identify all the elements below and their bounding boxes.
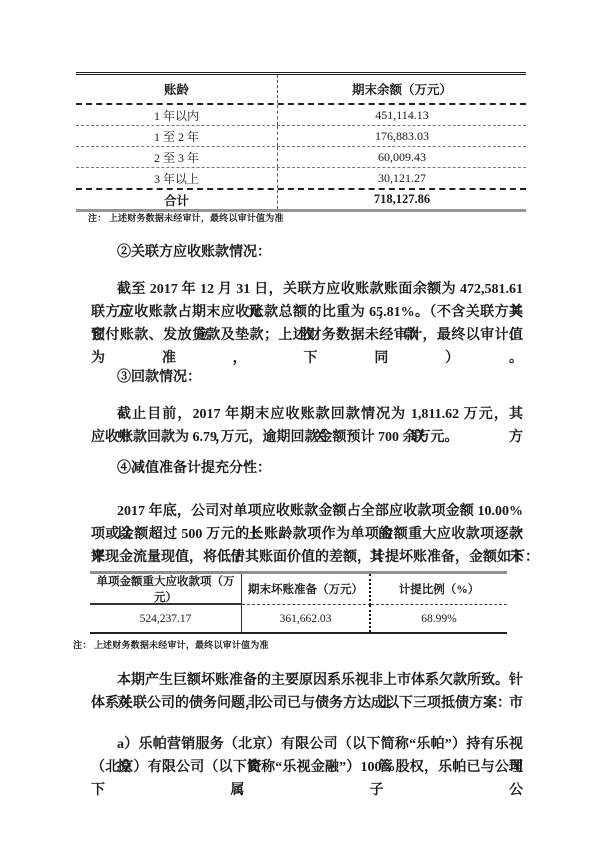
table1-footnote: 注： 上述财务数据未经审计，最终以审计值为准 (88, 211, 284, 224)
provision-table-header-row: 单项金额重大应收款项（万元） 期末坏账准备（万元） 计提比例（%） (90, 574, 507, 605)
paragraph-line: a）乐帕营销服务（北京）有限公司（以下简称“乐帕”）持有乐视投资管理 (91, 733, 523, 756)
bad-debt-header-cell: 期末坏账准备（万元） (242, 574, 371, 605)
paragraph-cause: 本期产生巨额坏账准备的主要原因系乐视非上市体系欠款所致。针对非上市 体系关联公司… (91, 669, 523, 715)
paragraph-related-receivables: 截至 2017 年 12 月 31 日，关联方应收账款账面余额为 472,581… (91, 278, 523, 347)
paragraph-line: 联方应收账款占期末应收账款总额的比重为 65.81%。（不含关联方其它应收款、 (91, 301, 523, 324)
section-heading-2: ②关联方应收账款情况： (91, 245, 523, 261)
table-row: 2 至 3 年 60,009.43 (76, 147, 526, 168)
table-row: 1 年以内 451,114.13 (76, 105, 526, 126)
balance-header-cell: 期末余额（万元） (278, 75, 526, 103)
aging-label: 2 至 3 年 (76, 147, 278, 167)
paragraph-line: 截至 2017 年 12 月 31 日，关联方应收账款账面余额为 472,581… (91, 278, 523, 301)
table-row: 1 至 2 年 176,883.03 (76, 126, 526, 147)
bad-debt-value: 361,662.03 (242, 605, 371, 632)
paragraph-line: 体系关联公司的债务问题，公司已与债务方达成以下三项抵债方案： (91, 692, 523, 715)
major-receivable-header-cell: 单项金额重大应收款项（万元） (90, 574, 242, 605)
aging-label: 3 年以上 (76, 168, 278, 188)
paragraph-line: 项或金额超过 500 万元的长账龄款项作为单项金额重大应收款项逐一评估其未 (91, 523, 523, 546)
section-heading-4: ④减值准备计提充分性： (91, 461, 523, 477)
table-row: 524,237.17 361,662.03 68.99% (90, 605, 507, 632)
paragraph-line: 2017 年底，公司对单项应收账款金额占全部应收款项金额 10.00%以上的款 (91, 500, 523, 523)
aging-value: 60,009.43 (278, 147, 526, 167)
total-value: 718,127.86 (278, 190, 526, 209)
paragraph-line: 预付账款、发放贷款及垫款；上述财务数据未经审计，最终以审计值为准，下同）。 (91, 324, 523, 347)
major-receivable-value: 524,237.17 (90, 605, 242, 632)
paragraph-repayment: 截止目前，2017 年期末应收账款回款情况为 1,811.62 万元，其中，关联… (91, 403, 523, 449)
aging-table-header-row: 账龄 期末余额（万元） (76, 75, 526, 105)
total-row: 合计 718,127.86 (76, 190, 526, 209)
aging-label: 1 至 2 年 (76, 126, 278, 146)
paragraph-line: 应收账款回款为 6.79 万元，逾期回款金额预计 700 余万元。 (91, 426, 523, 449)
paragraph-plan-a: a）乐帕营销服务（北京）有限公司（以下简称“乐帕”）持有乐视投资管理 （北京）有… (91, 733, 523, 779)
aging-value: 451,114.13 (278, 105, 526, 125)
paragraph-line: 本期产生巨额坏账准备的主要原因系乐视非上市体系欠款所致。针对非上市 (91, 669, 523, 692)
aging-value: 176,883.03 (278, 126, 526, 146)
paragraph-line: （北京）有限公司（以下简称“乐视金融”）100%股权，乐帕已与公司下属子公 (91, 756, 523, 779)
paragraph-line: 截止目前，2017 年期末应收账款回款情况为 1,811.62 万元，其中，关联… (91, 403, 523, 426)
paragraph-line: 来现金流量现值，将低于其账面价值的差额，计提坏账准备，金额如下： (91, 546, 523, 569)
table-row: 3 年以上 30,121.27 (76, 168, 526, 190)
table2-footnote: 注： 上述财务数据未经审计，最终以审计值为准 (73, 638, 269, 651)
ratio-value: 68.99% (371, 605, 507, 632)
provision-table: 单项金额重大应收款项（万元） 期末坏账准备（万元） 计提比例（%） 524,23… (90, 571, 507, 634)
ratio-header-cell: 计提比例（%） (371, 574, 507, 605)
section-heading-3: ③回款情况： (91, 370, 523, 386)
aging-value: 30,121.27 (278, 168, 526, 188)
aging-table: 账龄 期末余额（万元） 1 年以内 451,114.13 1 至 2 年 176… (76, 72, 526, 212)
aging-header-cell: 账龄 (76, 75, 278, 103)
document-page: 账龄 期末余额（万元） 1 年以内 451,114.13 1 至 2 年 176… (0, 0, 600, 849)
aging-label: 1 年以内 (76, 105, 278, 125)
total-label: 合计 (76, 190, 278, 209)
paragraph-impairment: 2017 年底，公司对单项应收账款金额占全部应收款项金额 10.00%以上的款 … (91, 500, 523, 569)
